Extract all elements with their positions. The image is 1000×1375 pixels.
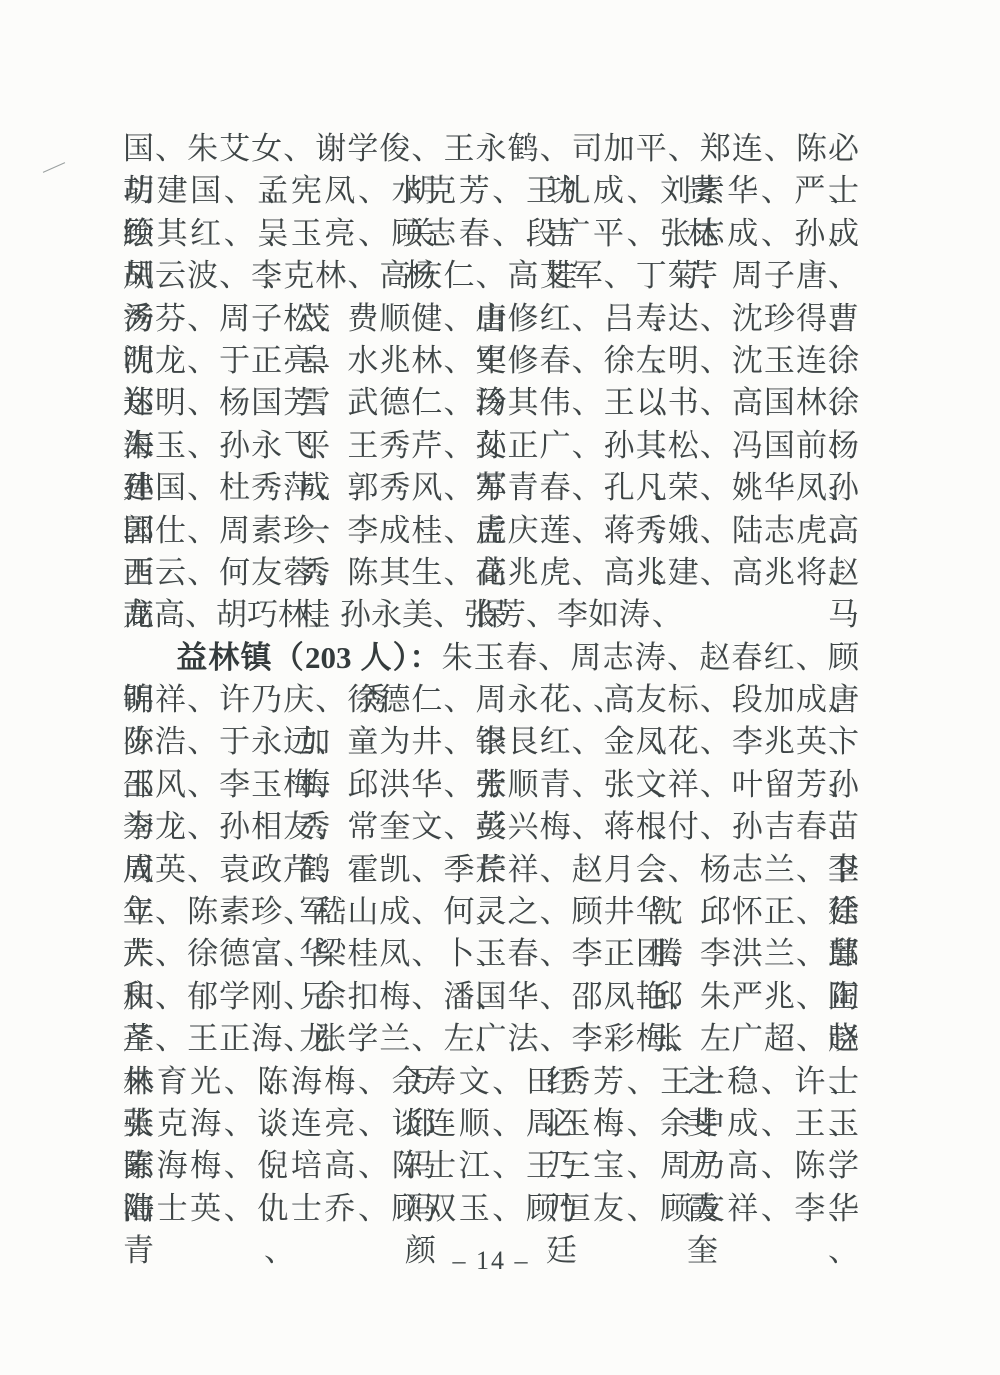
name-list-line: 明祥、许乃庆、徐德仁、周永花、高友标、段加成、陈加银、卞	[123, 679, 859, 721]
name-list-line: 国、朱艾女、谢学俊、王永鹤、司加平、郑连、陈必功、胡功贵、	[123, 128, 859, 170]
name-list-line: 朱育光、陈海梅、余寿文、田秀芳、王士稳、许士英、邱必斐、	[123, 1061, 859, 1103]
name-list-line: 顾其红、吴玉亮、顾志春、段广平、张志成、孙成凤、杨桂芹、	[123, 213, 859, 255]
name-list-line: 达明、杨国芳、武德仁、汤其伟、王以书、高国林、朱平艾、杨	[123, 382, 859, 424]
page-number: – 14 –	[123, 1246, 859, 1276]
page-content: 国、朱艾女、谢学俊、王永鹤、司加平、郑连、陈必功、胡功贵、胡建国、孟宪凤、水克芳…	[123, 128, 859, 1230]
name-list-line: 和、郁学刚、余扣梅、潘国华、邵凤艳、朱严兆、陶圣龙、张晓	[123, 976, 859, 1018]
name-list-line: 玉风、李玉梅、邱洪华、张顺青、张文祥、叶留芳、李秀英、苗	[123, 764, 859, 806]
section-title: 益林镇（203 人）：	[175, 640, 442, 675]
name-list-line: 张克海、谈连亮、谈连顺、周玉梅、余中成、王玉素、冯乃方、	[123, 1103, 859, 1145]
name-list-line: 成英、袁政芹、霍凯、季长祥、赵月会、杨志兰、卫立军、沈廷	[123, 849, 859, 891]
name-list-line: 年、陈素珍、嵇山成、何灵之、顾井华、邱怀正、徐大华、腾慧	[123, 891, 859, 933]
section-header-line: 益林镇（203 人）：朱玉春、周志涛、赵春红、顾锦秀、唐	[123, 637, 859, 679]
name-list-line: 为龙、孙相友、常奎文、彭兴梅、蒋根付、孙吉春、周鹤芹、李	[123, 806, 859, 848]
name-list-continued: 国、朱艾女、谢学俊、王永鹤、司加平、郑连、陈必功、胡功贵、胡建国、孟宪凤、水克芳…	[123, 128, 859, 637]
name-list-line: 陆士英、仇士乔、顾双玉、顾恒友、顾友祥、李华青、颜廷奎、	[123, 1188, 859, 1230]
name-list-line: 胡建国、孟宪凤、水克芳、王礼成、刘素华、严士绘、关吉林、	[123, 170, 859, 212]
name-list-line: 国仕、周素珍、李成桂、孟庆莲、蒋秀娥、陆志虎、王秀花、赵	[123, 510, 859, 552]
name-list-line: 西云、何友蓉、陈其生、高兆虎、高兆建、高兆将、高桂保、马	[123, 552, 859, 594]
name-list-line: 明龙、于正亮、水兆林、史修春、徐左明、沈玉连、郑雪玲、徐	[123, 340, 859, 382]
name-list-line: 建国、杜秀萍、郭秀风、苏青春、孔凡荣、姚华凤、郭一虎、高	[123, 467, 859, 509]
name-list-line: 芹、王正海、张学兰、左广法、李彩梅、左广超、赵林、万红之、	[123, 1018, 859, 1060]
name-list-section: 明祥、许乃庆、徐德仁、周永花、高友标、段加成、陈加银、卞少浩、于永远、童为井、李…	[123, 679, 859, 1230]
document-page: 国、朱艾女、谢学俊、王永鹤、司加平、郑连、陈必功、胡功贵、胡建国、孟宪凤、水克芳…	[0, 0, 1000, 1375]
name-list-line: 芹、徐德富、梁桂凤、卜玉春、李正团、李洪兰、邱庆兄、邱正	[123, 933, 859, 975]
name-list-line: 陈海梅、倪培高、陈士江、王三宝、周乃高、陈学海、冯乃霞、	[123, 1145, 859, 1187]
scan-artifact-mark	[43, 162, 65, 173]
name-list-line: 胡云波、李克林、高庆仁、高艾军、丁菊、周子唐、汤茂山、曹	[123, 255, 859, 297]
name-list-line: 秀芬、周子松、费顺健、唐修红、吕寿达、沈珍得、沈阜军、徐	[123, 298, 859, 340]
name-list-line: 少浩、于永远、童为井、李艮红、金凤花、李兆英、邵梅芳、孙	[123, 721, 859, 763]
name-list-line: 海玉、孙永飞、王秀芹、孙正广、孙其松、冯国前、孙成军、孙	[123, 425, 859, 467]
